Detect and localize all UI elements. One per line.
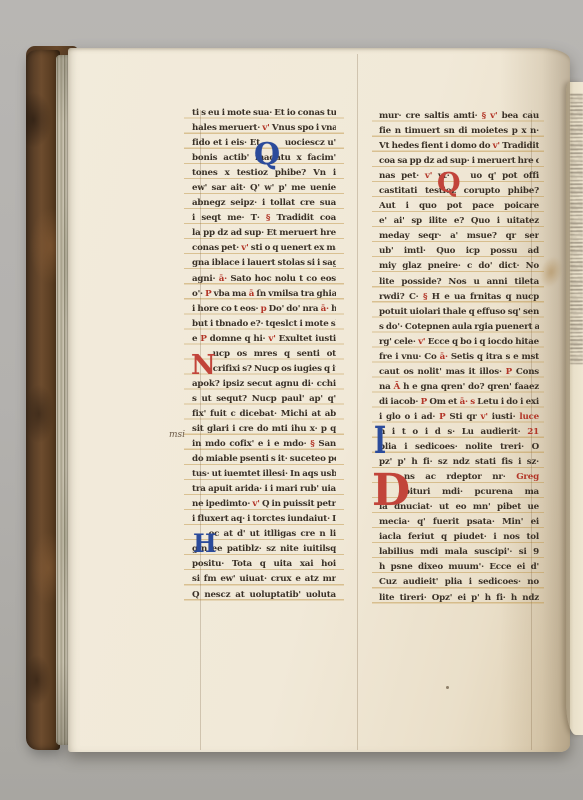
text-line: i glo o i ad· P Sti qr v' iusti· luce: [379, 410, 539, 425]
text-line: potuit uiolari thale q effuso sq' senti: [379, 305, 539, 320]
text-line: i hore co t eos· p Do' do' nra ā· hu: [192, 302, 336, 317]
text-line: ti s eu i mote sua· Et io conas tup: [192, 106, 336, 121]
text-line: ne ipedimto· v' Q in puissit petras: [192, 497, 336, 512]
text-line: fre i vnu· Co ā· Setis q itra s e mst: [379, 350, 539, 365]
text-line: fie n timuert sn di moietes p x n·: [379, 124, 539, 139]
text-line: iacla feriut q piudet· i nos tol: [379, 530, 539, 545]
facing-page-text-glimpse: [570, 94, 583, 364]
text-line: sit glari i cre do mti ihu x· p q: [192, 422, 336, 437]
text-line: abnegz seipz· i tollat cre sua: [192, 196, 336, 211]
text-line: tra apuit arida· i i mari rub' uia: [192, 482, 336, 497]
text-line: hales meruert· v' Vnus spo i vna: [192, 121, 336, 136]
text-line: do miable psenti s it· suceteo pcept: [192, 452, 336, 467]
text-line: s do'· Cotepnen aula rgia puenert ad: [379, 320, 539, 335]
text-line: i fluxert aq· i torctes iundaiut· In: [192, 512, 336, 527]
text-line: la pp dz ad sup· Et meruert hre: [192, 226, 336, 241]
text-line: mur· cre saltis amti· § v' bea cau: [379, 109, 539, 124]
illuminated-initial-Q-red: Q: [437, 170, 461, 197]
text-line: lite posside? Nos u anni tileta: [379, 275, 539, 290]
text-line: n i t o i d s· Lu audierit· 21: [379, 425, 539, 440]
text-line: mecia· q' fuerit psata· Min' ei: [379, 515, 539, 530]
marginal-note: msi: [169, 430, 185, 440]
text-line: di iacob· P Om et ā· s Letu i do i exi: [379, 395, 539, 410]
text-line: gna iblace i lauert stolas si i sag: [192, 256, 336, 271]
text-line: s ut sequt? Nucp paul' ap' q': [192, 392, 336, 407]
text-line: e' ai' sp ilite e? Quo i uitatez: [379, 214, 539, 229]
illuminated-initial-D-red: D: [372, 469, 410, 513]
text-line: agni· ā· Sato hoc nolu t co eos: [192, 272, 336, 287]
text-line: rwdi? C· § H e ua frnitas q nucp: [379, 290, 539, 305]
text-line: plia i sedicoes· nolite treri· O: [379, 440, 539, 455]
illuminated-initial-N-red: N: [191, 352, 216, 379]
text-line: conas pet· v' sti o q uenert ex ma: [192, 241, 336, 256]
text-line: Q nescz at uoluptatib' uoluta: [192, 588, 336, 603]
leather-cover-spine: [26, 50, 60, 750]
text-line: labilius mdi mala suscipi'· si 9: [379, 545, 539, 560]
text-line: h psne dixeo muum'· Ecce ei d': [379, 560, 539, 575]
text-line: Vt hedes fient i domo do v' Tradidit: [379, 139, 539, 154]
text-line: miy glaz pneire· c do' dict· No: [379, 259, 539, 274]
text-line: ub' imtl· Quo icp possu ad: [379, 244, 539, 259]
text-line: Cuz audieit' plia i sedicoes· no: [379, 575, 539, 590]
text-line: o'· P vba ma ā ſn vmilsa tra ghia: [192, 287, 336, 302]
text-line: si fm ew' uiuat· crux e atz mr: [192, 572, 336, 587]
text-line: rg' cele· v' Ecce q bo i q iocdo hitae: [379, 335, 539, 350]
illuminated-initial-Q-blue: Q: [254, 140, 280, 170]
text-line: but i tbnado e?· tqeslct i mote sho: [192, 317, 336, 332]
text-line: e P domne q hi· v' Exultet iusti: [192, 332, 336, 347]
manuscript-photo: ti s eu i mote sua· Et io conas tuphales…: [0, 0, 583, 800]
text-line: in mdo cofix' e i e mdo· § San: [192, 437, 336, 452]
text-line: lite tireri· Opz' ei p' h fi· h ndz: [379, 591, 539, 606]
illuminated-initial-I-blue: I: [374, 422, 386, 459]
text-line: ew' sar ait· Q' w' p' me uenie: [192, 181, 336, 196]
text-line: caut os nolit' mas it illos· P Cons: [379, 365, 539, 380]
text-line: na Ā h e gna qren' do? qren' faaez: [379, 380, 539, 395]
text-line: coa sa pp dz ad sup· i meruert hre co: [379, 154, 539, 169]
text-line: i seqt me· T· § Tradidit coa: [192, 211, 336, 226]
text-line: meday seqr· a' msue? qr ser: [379, 229, 539, 244]
text-line: tus· ut iuemtet illesi· In aqs usb': [192, 467, 336, 482]
vertical-ruling-line: [357, 54, 358, 750]
text-line: positu· Tota q uita xai hoi: [192, 557, 336, 572]
text-line: fix' fuit c dicebat· Michi at ab: [192, 407, 336, 422]
illuminated-initial-H-blue: H: [193, 531, 217, 556]
text-line: Aut i quo pot pace poicare: [379, 199, 539, 214]
ink-speck: [446, 686, 449, 689]
